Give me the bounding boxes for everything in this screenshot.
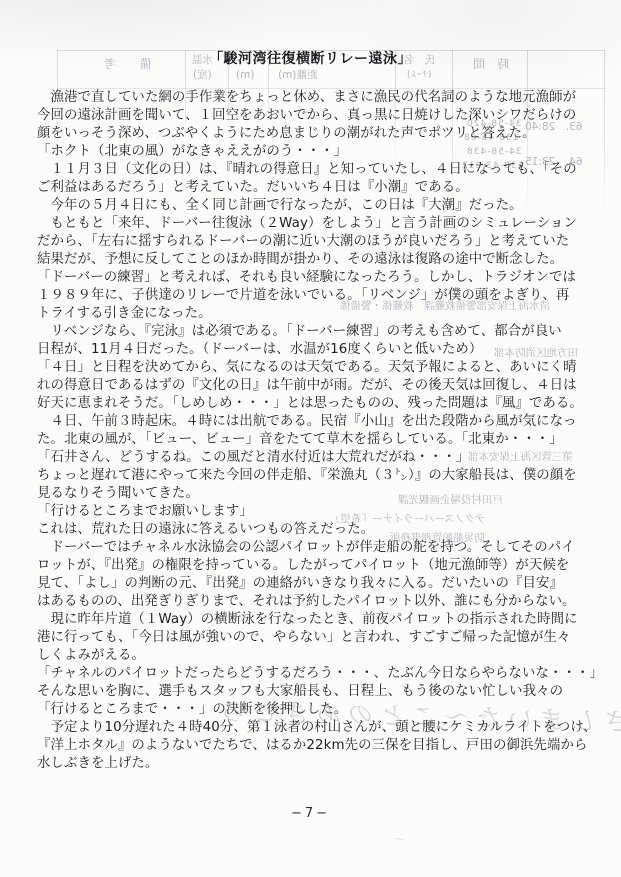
- text-line: １１月３日（文化の日）は、『晴れの得意日』と知っていたし、４日になっても、「その: [37, 161, 595, 179]
- body-text: 漁港で直していた網の手作業をちょっと休め、まさに漁民の代名詞のような地元漁師が今…: [37, 89, 595, 773]
- text-line: そんな思いを胸に、選手もスタッフも大家船長も、日程上、もう後のない忙しい我々の: [37, 683, 595, 701]
- bleed-table-line: [604, 50, 605, 215]
- text-line: 「４日」と日程を決めてから、気になるのは天気である。天気予報によると、あいにく晴: [37, 359, 595, 377]
- text-line: ドーバーではチャネル水泳協会の公認パイロットが伴走船の舵を持つ。そしてそのパイ: [37, 539, 595, 557]
- text-line: 結果だが、予想に反してことのほか時間が掛かり、その遠泳は復路の途中で断念した。: [37, 251, 595, 269]
- text-line: 水しぶきを上げた。: [37, 755, 595, 773]
- text-line: 港に行っても、「今日は風が強いので、やらない」と言われ、すごすご帰った記憶が生々: [37, 629, 595, 647]
- text-line: 「ドーバーの練習」と考えれば、それも良い経験になったろう。しかし、トラジオンでは: [37, 269, 595, 287]
- page-title: 「駿河湾往復横断リレー遠泳」: [0, 48, 621, 68]
- text-line: 予定より10分遅れた４時40分、第１泳者の村山さんが、頭と腰にケミカルライトをつ…: [37, 719, 595, 737]
- text-line: これは、荒れた日の遠泳に答えるいつもの答えだった。: [37, 521, 595, 539]
- bleed-table-header: (度): [193, 70, 212, 82]
- text-line: トライする引き金になった。: [37, 305, 595, 323]
- page-number: −7−: [0, 806, 621, 821]
- text-line: ４日、午前３時起床。４時には出航である。民宿『小山』を出た段階から風が気になっ: [37, 413, 595, 431]
- text-line: はあるものの、出発ぎりぎりまで、それは予約したパイロット以外、誰にも分からない。: [37, 593, 595, 611]
- text-line: 「行けるところまでお願いします」: [37, 503, 595, 521]
- scan-smudge: 〜: [393, 831, 404, 847]
- text-line: 「チャネルのパイロットだったらどうするだろう・・・、たぶん今日ならやらないな・・…: [37, 665, 595, 683]
- text-line: 今回の遠泳計画を聞いて、１回空をあおいでから、真っ黒に日焼けした深いシワだらけの: [37, 107, 595, 125]
- text-line: 顔をいっそう深め、つぶやくようにため息まじりの潮がれた声でポツリと答えた。: [37, 125, 595, 143]
- text-line: 「石井さん、どうするね。この風だと清水付近は大荒れだがね・・・」: [37, 449, 595, 467]
- text-line: 「ホクト（北東の風）がなきゃええがのう・・・」: [37, 143, 595, 161]
- text-line: 『洋上ホタル』のようないでたちで、はるか22km先の三保を目指し、戸田の御浜先端…: [37, 737, 595, 755]
- document-page: 備 考 水温 (度) (m) 距離(m) 氏 名 (ﾁｰﾑ) 時 間 34-58…: [0, 0, 621, 877]
- text-line: 好天に恵まれそうだ。「しめしめ・・・」とは思ったものの、残った問題は『風』である…: [37, 395, 595, 413]
- text-line: だから、「左右に揺すられるドーバーの潮に近い大潮のほうが良いだろう」と考えていた: [37, 233, 595, 251]
- text-line: 今年の５月４日にも、全く同じ計画で行なったが、この日は『大潮』だった。: [37, 197, 595, 215]
- text-line: 現に昨年片道（１Way）の横断泳を行なったとき、前夜パイロットの指示された時間に: [37, 611, 595, 629]
- bleed-table-header: 距離(m): [278, 70, 317, 82]
- text-line: 日程が、11月４日だった。（ドーバーは、水温が16度くらいと低いため）: [37, 341, 595, 359]
- text-line: た。北東の風が、「ビュー、ビュー」音をたてて草木を揺らしている。「北東か・・・」: [37, 431, 595, 449]
- text-line: しくよみがえる。: [37, 647, 595, 665]
- bleed-table-header: (m): [236, 70, 254, 82]
- text-line: れの得意日であるはずの『文化の日』は午前中が雨。だが、その後天気は回復し、４日は: [37, 377, 595, 395]
- bleed-table-header: (ﾁｰﾑ): [406, 71, 432, 81]
- text-line: １９８９年に、子供達のリレーで片道を泳いでいる。「リベンジ」が僕の頭をよぎり、再: [37, 287, 595, 305]
- text-line: 見るなりそう聞いてきた。: [37, 485, 595, 503]
- text-line: ちょっと遅れて港にやって来た今回の伴走船、『栄漁丸（３㌧）』の大家船長は、僕の顔…: [37, 467, 595, 485]
- text-line: もともと「来年、ドーバー往復泳（２Way）をしよう」と言う計画のシミュレーション: [37, 215, 595, 233]
- text-line: ロットが、『出発』の権限を持っている。したがってパイロット（地元漁師等）が天候を: [37, 557, 595, 575]
- text-line: 漁港で直していた網の手作業をちょっと休め、まさに漁民の代名詞のような地元漁師が: [37, 89, 595, 107]
- text-line: ご利益はあるだろう」と考えていた。だいいち４日は『小潮』である。: [37, 179, 595, 197]
- text-line: リベンジなら、『完泳』は必須である。「ドーバー練習」の考えも含めて、都合が良い: [37, 323, 595, 341]
- text-line: 見て、「よし」の判断の元、『出発』の連絡がいきなり我々に入る。だいたいの『目安』: [37, 575, 595, 593]
- text-line: 「行けるところまで・・・」の決断を後押しした。: [37, 701, 595, 719]
